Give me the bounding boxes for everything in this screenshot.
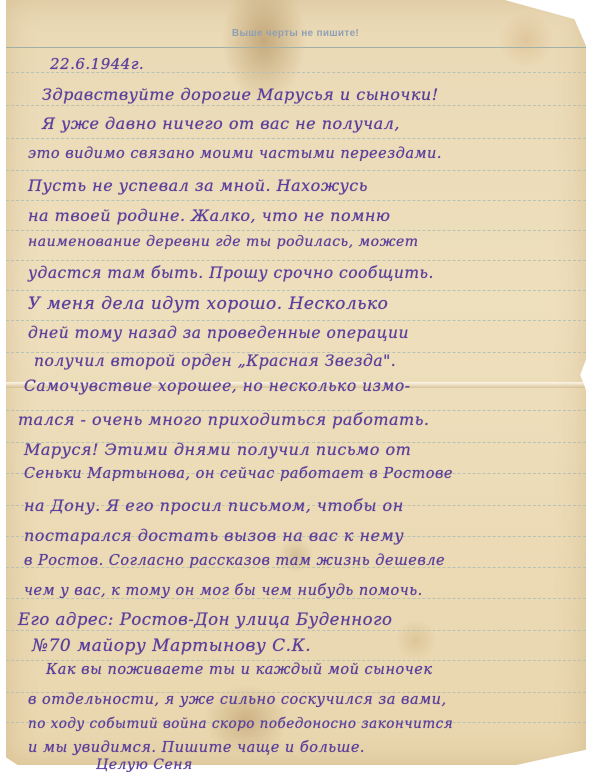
letter-line: в отдельности, я уже сильно соскучился з… <box>28 692 447 708</box>
letter-line: на твоей родине. Жалко, что не помню <box>28 206 390 225</box>
letter-body: 22.6.1944г. Здравствуйте дорогие Марусья… <box>0 0 591 772</box>
letter-line: по ходу событий война скоро победоносно … <box>28 716 453 732</box>
letter-line: наименование деревни где ты родилась, мо… <box>28 234 419 250</box>
letter-line: чем у вас, к тому он мог бы чем нибудь п… <box>24 583 423 599</box>
letter-line: это видимо связано моими частыми переезд… <box>28 146 442 162</box>
letter-line: тался - очень много приходиться работать… <box>18 410 430 429</box>
letter-line: Маруся! Этими днями получил письмо от <box>24 440 411 459</box>
letter-line: Я уже давно ничего от вас не получал, <box>42 114 400 133</box>
scanned-letter: Выше черты не пишите! 22.6.1944г. Здравс… <box>0 0 591 772</box>
letter-line: получил второй орден „Красная Звезда". <box>34 352 396 370</box>
letter-line: на Дону. Я его просил письмом, чтобы он <box>24 496 404 515</box>
letter-line: Самочувствие хорошее, но несколько измо- <box>24 377 410 395</box>
letter-closing: и мы увидимся. Пишите чаще и больше. <box>28 740 365 756</box>
letter-address: Его адрес: Ростов-Дон улица Буденного <box>18 610 392 629</box>
letter-date: 22.6.1944г. <box>50 55 144 73</box>
letter-line: дней тому назад за проведенные операции <box>28 324 409 342</box>
letter-line: постарался достать вызов на вас к нему <box>24 526 404 545</box>
letter-greeting: Здравствуйте дорогие Марусья и сыночки! <box>42 85 439 104</box>
letter-address-recipient: №70 майору Мартынову С.К. <box>32 636 311 656</box>
letter-line: в Ростов. Согласно рассказов там жизнь д… <box>24 553 445 569</box>
letter-line: Сеньки Мартынова, он сейчас работает в Р… <box>24 466 453 482</box>
letter-line: Пусть не успевал за мной. Нахожусь <box>28 176 368 195</box>
letter-signature: Целую Сеня <box>96 757 193 772</box>
letter-line: Как вы поживаете ты и каждый мой сыночек <box>46 662 433 678</box>
letter-line: У меня дела идут хорошо. Несколько <box>28 294 388 314</box>
letter-line: удастся там быть. Прошу срочно сообщить. <box>28 264 434 282</box>
